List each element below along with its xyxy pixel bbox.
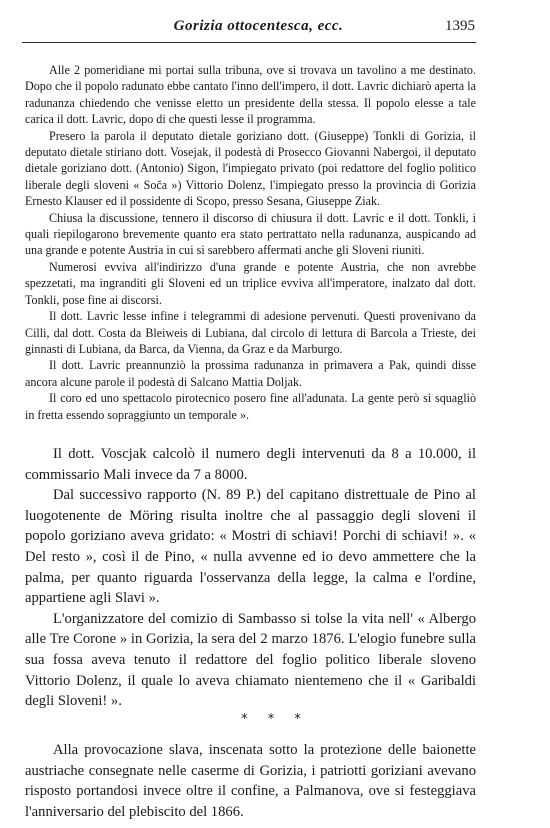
header-rule — [22, 42, 476, 43]
quote-paragraph: Numerosi evviva all'indirizzo d'una gran… — [25, 259, 476, 308]
quoted-report-block: Alle 2 pomeridiane mi portai sulla tribu… — [25, 62, 476, 423]
body-paragraph: L'organizzatore del comizio di Sambasso … — [25, 609, 476, 712]
page-header: Gorizia ottocentesca, ecc. 1395 — [22, 18, 475, 44]
quote-paragraph: Il dott. Lavric preannunziò la prossima … — [25, 357, 476, 390]
running-title: Gorizia ottocentesca, ecc. — [22, 18, 475, 35]
body-text: Il dott. Voscjak calcolò il numero degli… — [25, 444, 476, 712]
body-paragraph: Il dott. Voscjak calcolò il numero degli… — [25, 444, 476, 485]
closing-text: Alla provocazione slava, inscenata sotto… — [25, 740, 476, 822]
quote-paragraph: Alle 2 pomeridiane mi portai sulla tribu… — [25, 62, 476, 128]
quote-paragraph: Presero la parola il deputato dietale go… — [25, 128, 476, 210]
page-number: 1395 — [445, 18, 475, 35]
quote-paragraph: Chiusa la discussione, tennero il discor… — [25, 210, 476, 259]
quote-paragraph: Il coro ed uno spettacolo pirotecnico po… — [25, 390, 476, 423]
section-break-asterisks: * * * — [0, 712, 550, 727]
quote-paragraph: Il dott. Lavric lesse infine i telegramm… — [25, 308, 476, 357]
body-paragraph: Dal successivo rapporto (N. 89 P.) del c… — [25, 485, 476, 609]
closing-paragraph: Alla provocazione slava, inscenata sotto… — [25, 740, 476, 822]
